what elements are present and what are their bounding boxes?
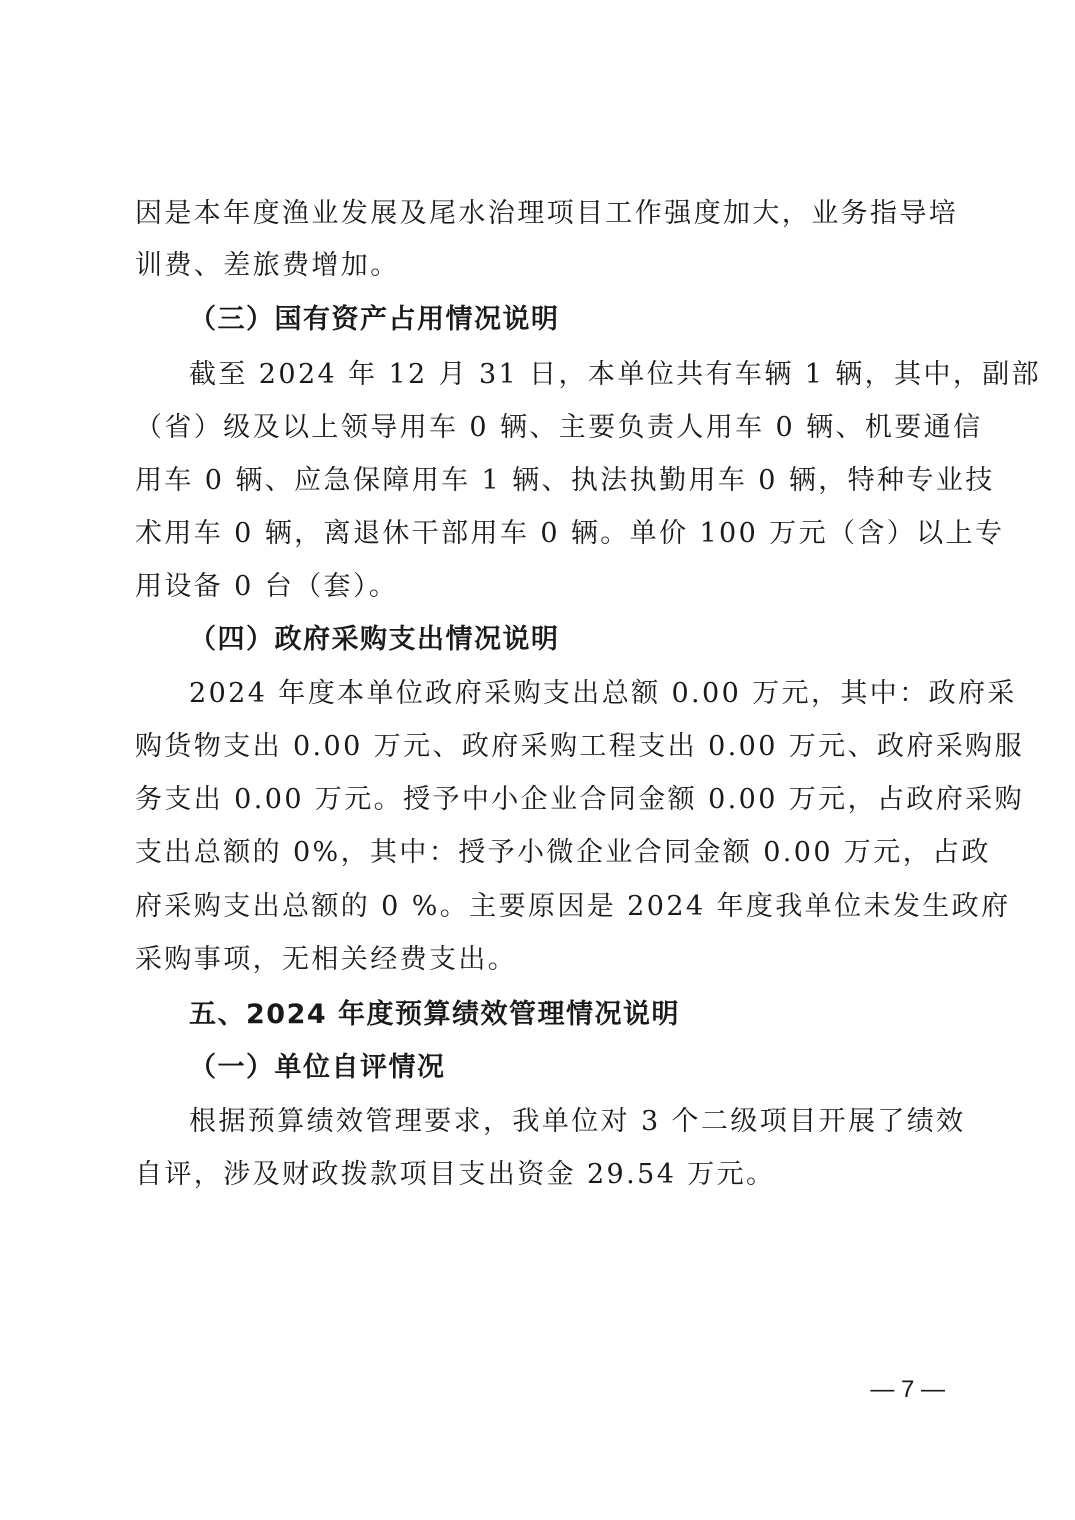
- paragraph-line: 根据预算绩效管理要求，我单位对 3 个二级项目开展了绩效: [189, 1102, 945, 1142]
- section-heading-state-assets: （三）国有资产占用情况说明: [189, 300, 999, 340]
- paragraph-line: （省）级及以上领导用车 0 辆、主要负责人用车 0 辆、机要通信: [135, 408, 945, 448]
- chapter-heading-performance: 五、2024 年度预算绩效管理情况说明: [189, 995, 945, 1035]
- paragraph-line: 因是本年度渔业发展及尾水治理项目工作强度加大，业务指导培: [135, 194, 945, 234]
- paragraph-line: 截至 2024 年 12 月 31 日，本单位共有车辆 1 辆，其中，副部: [189, 355, 945, 395]
- document-page: 因是本年度渔业发展及尾水治理项目工作强度加大，业务指导培 训费、差旅费增加。 （…: [0, 0, 1075, 1520]
- paragraph-line: 2024 年度本单位政府采购支出总额 0.00 万元，其中：政府采: [189, 674, 945, 714]
- paragraph-line: 术用车 0 辆，离退休干部用车 0 辆。单价 100 万元（含）以上专: [135, 514, 945, 554]
- paragraph-line: 务支出 0.00 万元。授予中小企业合同金额 0.00 万元，占政府采购: [135, 780, 945, 820]
- paragraph-line: 用设备 0 台（套）。: [135, 567, 945, 607]
- paragraph-line: 购货物支出 0.00 万元、政府采购工程支出 0.00 万元、政府采购服: [135, 727, 945, 767]
- paragraph-line: 用车 0 辆、应急保障用车 1 辆、执法执勤用车 0 辆，特种专业技: [135, 461, 945, 501]
- section-heading-procurement: （四）政府采购支出情况说明: [189, 620, 999, 660]
- paragraph-line: 采购事项，无相关经费支出。: [135, 940, 945, 980]
- section-heading-self-evaluation: （一）单位自评情况: [189, 1048, 999, 1088]
- paragraph-line: 自评，涉及财政拨款项目支出资金 29.54 万元。: [135, 1155, 945, 1195]
- page-number: — 7 —: [855, 1375, 945, 1405]
- paragraph-line: 训费、差旅费增加。: [135, 246, 945, 286]
- paragraph-line: 支出总额的 0%，其中：授予小微企业合同金额 0.00 万元，占政: [135, 833, 945, 873]
- paragraph-line: 府采购支出总额的 0 %。主要原因是 2024 年度我单位未发生政府: [135, 887, 945, 927]
